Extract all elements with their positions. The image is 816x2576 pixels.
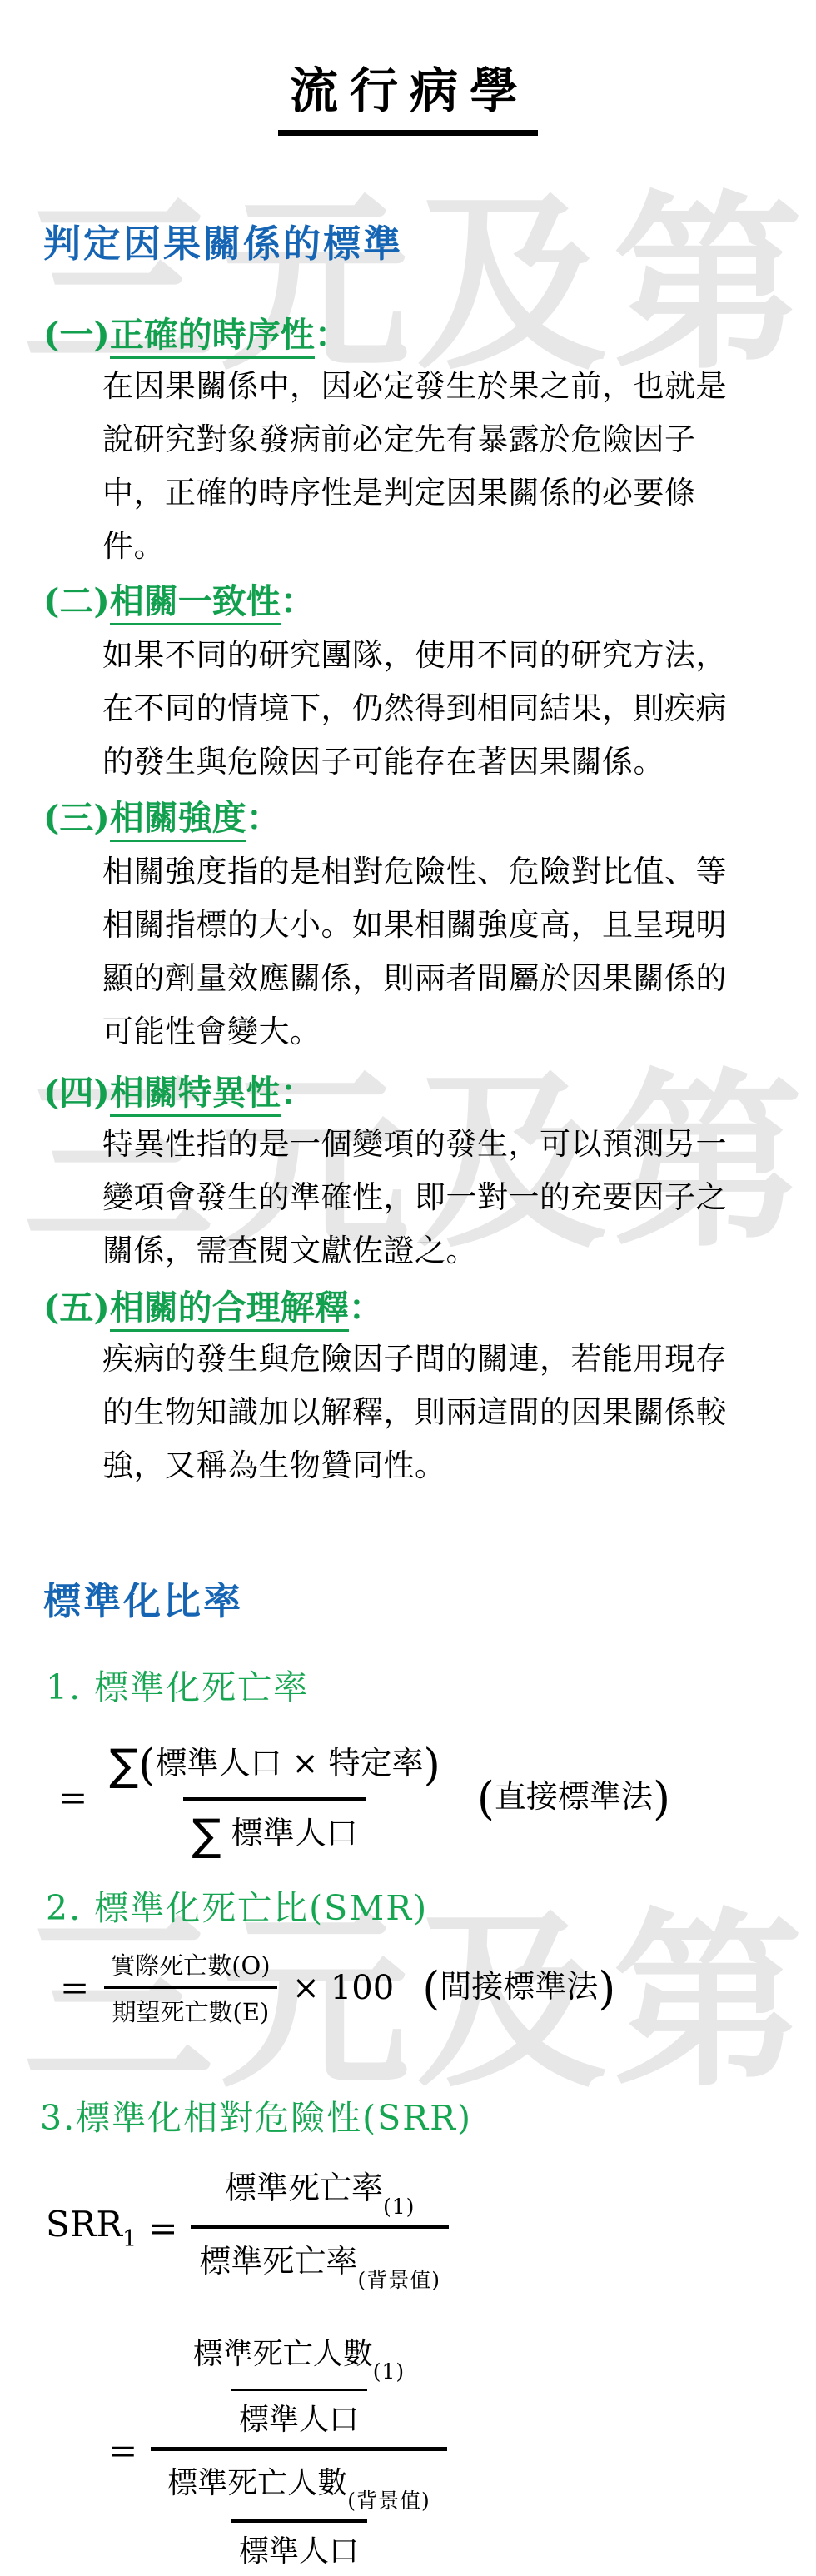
formula-srr-expanded: = 標準死亡人數(1) 標準人口 標準死亡人數(背景值) 標準人口	[108, 2330, 447, 2570]
item-label: 相關的合理解釋	[110, 1288, 349, 1332]
item-body-4: 特異性指的是一個變項的發生，可以預測另一 變項會發生的準確性，即一對一的充要因子…	[102, 1118, 769, 1278]
body-line: 相關強度指的是相對危險性、危險對比值、等	[102, 845, 769, 899]
sigma-symbol: ∑	[109, 1741, 138, 1791]
body-line: 如果不同的研究團隊，使用不同的研究方法，	[102, 629, 769, 682]
fraction-numerator: 實際死亡數(O)	[102, 1947, 278, 1986]
body-line: 的生物知識加以解釋，則兩這間的因果關係較	[102, 1386, 769, 1439]
item-body-2: 如果不同的研究團隊，使用不同的研究方法， 在不同的情境下，仍然得到相同結果，則疾…	[102, 629, 769, 789]
item-number: (四)	[43, 1073, 110, 1113]
srr-lhs: SRR1	[46, 2204, 137, 2252]
item-body-3: 相關強度指的是相對危險性、危險對比值、等 相關指標的大小。如果相關強度高，且呈現…	[102, 845, 769, 1059]
numerator-text: 標準死亡率	[225, 2170, 383, 2206]
fraction-numerator: 標準死亡人數(1)	[185, 2330, 413, 2389]
body-line: 的發生與危險因子可能存在著因果關係。	[102, 735, 769, 789]
item-body-5: 疾病的發生與危險因子間的關連，若能用現存 的生物知識加以解釋，則兩這間的因果關係…	[102, 1333, 769, 1492]
fraction-denominator: 標準人口	[231, 2389, 367, 2439]
close-paren: )	[598, 1962, 615, 2015]
item-colon: ：	[281, 581, 315, 621]
fraction: 實際死亡數(O) 期望死亡數(E)	[102, 1947, 278, 2028]
section-heading-standardized: 標準化比率	[43, 1579, 243, 1624]
numerator-text: 標準人口 × 特定率	[156, 1745, 424, 1781]
srr-symbol: SRR	[46, 2204, 122, 2245]
denominator-text: 標準死亡率	[199, 2243, 357, 2280]
body-line: 變項會發生的準確性，即一對一的充要因子之	[102, 1171, 769, 1224]
fraction-denominator: ∑ 標準人口	[183, 1797, 366, 1857]
item-heading-1: (一)正確的時序性：	[43, 314, 349, 356]
item-label: 正確的時序性	[110, 315, 315, 359]
open-paren: (	[422, 1962, 440, 2015]
outer-fraction: 標準死亡人數(1) 標準人口 標準死亡人數(背景值) 標準人口	[151, 2330, 447, 2570]
equals-sign: =	[58, 1777, 87, 1818]
numerator-subscript: (背景值)	[347, 2489, 430, 2513]
section-heading-causality: 判定因果關係的標準	[43, 222, 403, 267]
fraction-numerator: 標準死亡人數(背景值)	[159, 2459, 439, 2519]
close-paren: )	[653, 1772, 670, 1825]
outer-denominator: 標準死亡人數(背景值) 標準人口	[151, 2447, 447, 2570]
open-paren: (	[138, 1741, 155, 1791]
fraction-denominator: 期望死亡數(E)	[104, 1986, 278, 2028]
document-page: 三元及第 三元及第 三元及第 流行病學 判定因果關係的標準 (一)正確的時序性：…	[0, 0, 816, 2576]
equals-sign: =	[108, 2430, 137, 2471]
sigma-symbol: ∑	[192, 1811, 221, 1861]
item-label: 相關一致性	[110, 581, 281, 625]
body-line: 件。	[102, 520, 769, 573]
numerator-text: 標準死亡人數	[193, 2337, 373, 2371]
item-heading-4: (四)相關特異性：	[43, 1072, 315, 1114]
item-colon: ：	[315, 315, 349, 355]
open-paren: (	[477, 1772, 495, 1825]
item-colon: ：	[349, 1288, 383, 1328]
fraction: 標準死亡率(1) 標準死亡率(背景值)	[191, 2162, 449, 2294]
numerator-subscript: (1)	[373, 2359, 405, 2384]
srr-subscript: 1	[122, 2226, 137, 2252]
denominator-subscript: (背景值)	[357, 2268, 440, 2292]
equals-sign: =	[148, 2208, 177, 2249]
fraction-numerator: 標準死亡率(1)	[216, 2162, 423, 2225]
close-paren: )	[424, 1741, 440, 1791]
fraction-numerator: ∑(標準人口 × 特定率)	[101, 1737, 449, 1797]
body-line: 中，正確的時序性是判定因果關係的必要條	[102, 466, 769, 520]
body-line: 在因果關係中，因必定發生於果之前，也就是	[102, 360, 769, 413]
method-note: (直接標準法)	[477, 1771, 670, 1825]
outer-numerator: 標準死亡人數(1) 標準人口	[177, 2330, 421, 2447]
item-colon: ：	[281, 1073, 315, 1113]
equals-sign: =	[60, 1967, 89, 2008]
body-line: 關係，需查閱文獻佐證之。	[102, 1224, 769, 1278]
page-title: 流行病學	[278, 52, 538, 136]
item-body-1: 在因果關係中，因必定發生於果之前，也就是 說研究對象發病前必定先有暴露於危險因子…	[102, 360, 769, 573]
body-line: 在不同的情境下，仍然得到相同結果，則疾病	[102, 682, 769, 735]
item-heading-5: (五)相關的合理解釋：	[43, 1287, 383, 1329]
numerator-text: 標準死亡人數	[167, 2466, 347, 2500]
formula-direct-standardization: = ∑(標準人口 × 特定率) ∑ 標準人口 (直接標準法)	[58, 1737, 670, 1857]
denominator-text: 標準人口	[231, 1815, 358, 1851]
formula-smr: = 實際死亡數(O) 期望死亡數(E) × 100 (間接標準法)	[60, 1947, 615, 2028]
body-line: 疾病的發生與危險因子間的關連，若能用現存	[102, 1333, 769, 1386]
item-number: (一)	[43, 315, 110, 355]
fraction-denominator: 標準人口	[231, 2519, 367, 2570]
body-line: 說研究對象發病前必定先有暴露於危險因子	[102, 413, 769, 466]
item-heading-2: (二)相關一致性：	[43, 580, 315, 623]
item-colon: ：	[246, 798, 281, 838]
note-text: 間接標準法	[440, 1968, 598, 2005]
fraction-denominator: 標準死亡率(背景值)	[191, 2225, 449, 2294]
formula-label-2: 2. 標準化死亡比(SMR)	[46, 1888, 428, 1929]
body-line: 強，又稱為生物贊同性。	[102, 1439, 769, 1492]
method-note: (間接標準法)	[422, 1961, 615, 2015]
formula-srr: SRR1 = 標準死亡率(1) 標準死亡率(背景值)	[46, 2162, 449, 2294]
item-label: 相關強度	[110, 798, 246, 842]
item-number: (二)	[43, 581, 110, 621]
numerator-subscript: (1)	[383, 2195, 415, 2219]
item-number: (三)	[43, 798, 110, 838]
body-line: 相關指標的大小。如果相關強度高，且呈現明	[102, 899, 769, 952]
formula-label-3: 3.標準化相對危險性(SRR)	[40, 2098, 472, 2139]
inner-fraction-top: 標準死亡人數(1) 標準人口	[185, 2330, 413, 2439]
item-number: (五)	[43, 1288, 110, 1328]
inner-fraction-bottom: 標準死亡人數(背景值) 標準人口	[159, 2459, 439, 2570]
body-line: 顯的劑量效應關係，則兩者間屬於因果關係的	[102, 952, 769, 1005]
item-heading-3: (三)相關強度：	[43, 797, 281, 840]
fraction: ∑(標準人口 × 特定率) ∑ 標準人口	[101, 1737, 449, 1857]
note-text: 直接標準法	[495, 1778, 653, 1815]
times-100: × 100	[292, 1969, 395, 2007]
body-line: 特異性指的是一個變項的發生，可以預測另一	[102, 1118, 769, 1171]
item-label: 相關特異性	[110, 1073, 281, 1117]
formula-label-1: 1. 標準化死亡率	[46, 1667, 309, 1708]
title-block: 流行病學	[0, 52, 816, 136]
body-line: 可能性會變大。	[102, 1005, 769, 1059]
